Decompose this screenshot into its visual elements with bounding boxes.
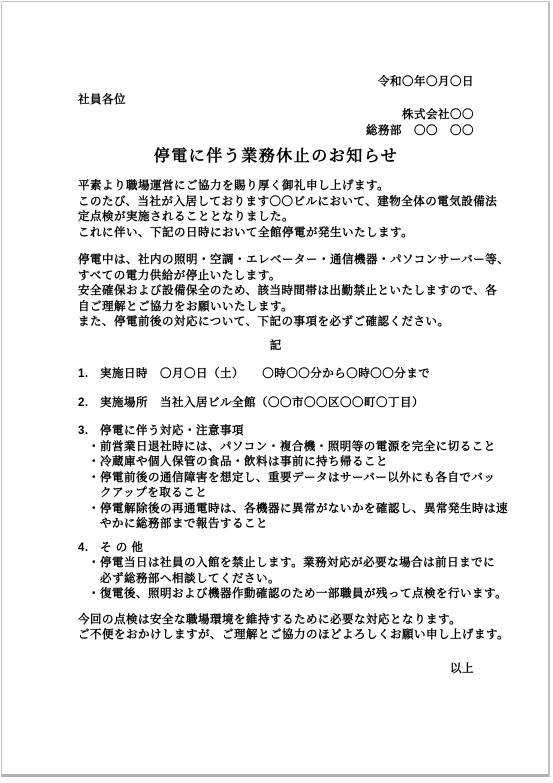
numbered-item-2: 2. 実施場所 当社入居ビル全館（〇〇市〇〇区〇〇町〇丁目）: [78, 396, 474, 412]
document-date: 令和〇年〇月〇日: [78, 75, 474, 91]
numbered-item-3: 3. 停電に伴う対応・注意事項 ・ 前営業日退社時には、パソコン・複合機・照明等…: [78, 424, 474, 533]
addressee: 社員各位: [78, 93, 474, 109]
paragraph-line: 定点検が実施されることとなりました。: [78, 210, 474, 226]
item-text: 実施日時 〇月〇日（土） 〇時〇〇分から〇時〇〇分まで: [100, 367, 430, 383]
bullet-item: ・ 前営業日退社時には、パソコン・複合機・照明等の電源を完全に切ること: [88, 440, 474, 456]
bullet-line: 復電後、照明および機器作動確認のため一部職員が残って点検を行います。: [100, 587, 507, 603]
item-3-bullets: ・ 前営業日退社時には、パソコン・複合機・照明等の電源を完全に切ること ・ 冷蔵…: [88, 440, 474, 533]
item-number: 2.: [78, 396, 100, 412]
bullet-marker: ・: [88, 502, 100, 533]
closing-mark: 以上: [78, 662, 474, 678]
company-name: 株式会社〇〇: [78, 108, 474, 124]
bullet-item: ・ 冷蔵庫や個人保管の食品・飲料は事前に持ち帰ること: [88, 455, 474, 471]
paragraph-line: これに伴い、下記の日時において全館停電が発生いたします。: [78, 226, 474, 242]
paragraph-line: 安全確保および設備保全のため、該当時間帯は出勤禁止といたしますので、各: [78, 284, 474, 300]
bullet-item: ・ 復電後、照明および機器作動確認のため一部職員が残って点検を行います。: [88, 587, 474, 603]
closing-paragraph: 今回の点検は安全な職場環境を維持するために必要な対応となります。 ご不便をおかけ…: [78, 613, 474, 644]
document-page: 令和〇年〇月〇日 社員各位 株式会社〇〇 総務部 〇〇 〇〇 停電に伴う業務休止…: [1, 1, 550, 777]
item-number: 1.: [78, 367, 100, 383]
bullet-item: ・ 停電解除後の再通電時は、各機器に異常がないかを確認し、異常発生時は速 やかに…: [88, 502, 474, 533]
notice-paragraph: 停電中は、社内の照明・空調・エレベーター・通信機器・パソコンサーバー等、 すべて…: [78, 253, 474, 331]
paragraph-line: ご不便をおかけしますが、ご理解とご協力のほどよろしくお願い申し上げます。: [78, 628, 474, 644]
item-4-bullets: ・ 停電当日は社員の入館を禁止します。業務対応が必要な場合は前日までに 必ず総務…: [88, 556, 474, 603]
item-text: そ の 他: [100, 541, 143, 557]
numbered-item-1: 1. 実施日時 〇月〇日（土） 〇時〇〇分から〇時〇〇分まで: [78, 367, 474, 383]
document-title: 停電に伴う業務休止のお知らせ: [78, 147, 474, 167]
bullet-line: 必ず総務部へ相談してください。: [100, 572, 495, 588]
bullet-line: 停電前後の通信障害を想定し、重要データはサーバー以外にも各自でバッ: [100, 471, 495, 487]
paragraph-line: このたび、当社が入居しております〇〇ビルにおいて、建物全体の電気設備法: [78, 195, 474, 211]
bullet-marker: ・: [88, 471, 100, 502]
bullet-line: やかに総務部まで報告すること: [100, 517, 508, 533]
bullet-marker: ・: [88, 440, 100, 456]
paragraph-line: 自ご理解とご協力をお願いいたします。: [78, 300, 474, 316]
item-text: 実施場所 当社入居ビル全館（〇〇市〇〇区〇〇町〇丁目）: [100, 396, 424, 412]
item-text: 停電に伴う対応・注意事項: [100, 424, 244, 440]
bullet-line: クアップを取ること: [100, 486, 495, 502]
bullet-line: 停電当日は社員の入館を禁止します。業務対応が必要な場合は前日までに: [100, 556, 495, 572]
department-signature: 総務部 〇〇 〇〇: [78, 124, 474, 140]
record-marker: 記: [78, 339, 474, 355]
item-number: 4.: [78, 541, 100, 557]
bullet-item: ・ 停電当日は社員の入館を禁止します。業務対応が必要な場合は前日までに 必ず総務…: [88, 556, 474, 587]
bullet-item: ・ 停電前後の通信障害を想定し、重要データはサーバー以外にも各自でバッ クアップ…: [88, 471, 474, 502]
intro-paragraph: 平素より職場運営にご協力を賜り厚く御礼申し上げます。 このたび、当社が入居してお…: [78, 179, 474, 241]
bullet-marker: ・: [88, 556, 100, 587]
bullet-line: 冷蔵庫や個人保管の食品・飲料は事前に持ち帰ること: [100, 455, 388, 471]
bullet-marker: ・: [88, 455, 100, 471]
item-number: 3.: [78, 424, 100, 440]
paragraph-line: 平素より職場運営にご協力を賜り厚く御礼申し上げます。: [78, 179, 474, 195]
bullet-line: 停電解除後の再通電時は、各機器に異常がないかを確認し、異常発生時は速: [100, 502, 508, 518]
paragraph-line: 停電中は、社内の照明・空調・エレベーター・通信機器・パソコンサーバー等、: [78, 253, 474, 269]
paragraph-line: すべての電力供給が停止いたします。: [78, 269, 474, 285]
numbered-item-4: 4. そ の 他 ・ 停電当日は社員の入館を禁止します。業務対応が必要な場合は前…: [78, 541, 474, 603]
paragraph-line: 今回の点検は安全な職場環境を維持するために必要な対応となります。: [78, 613, 474, 629]
bullet-marker: ・: [88, 587, 100, 603]
paragraph-line: また、停電前後の対応について、下記の事項を必ずご確認ください。: [78, 315, 474, 331]
bullet-line: 前営業日退社時には、パソコン・複合機・照明等の電源を完全に切ること: [100, 440, 496, 456]
document-content: 令和〇年〇月〇日 社員各位 株式会社〇〇 総務部 〇〇 〇〇 停電に伴う業務休止…: [2, 2, 548, 677]
